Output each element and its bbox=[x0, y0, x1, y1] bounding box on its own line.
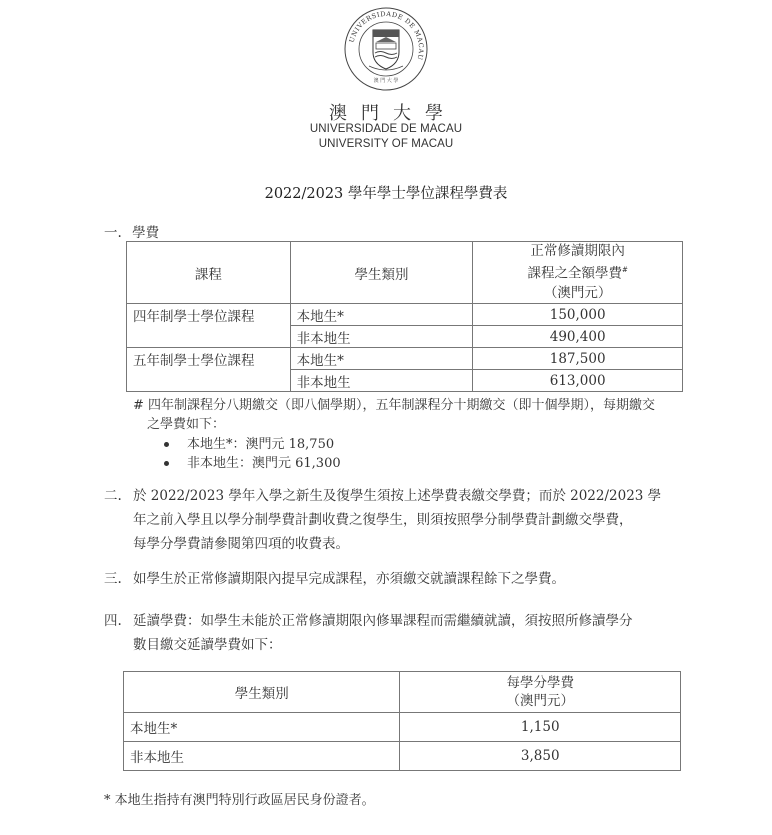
document-title: 2022/2023 學年學士學位課程學費表 bbox=[0, 182, 772, 203]
header-full-fee: 正常修讀期限內 課程之全額學費# （澳門元） bbox=[473, 242, 683, 304]
tuition-fee-table: 課程 學生類別 正常修讀期限內 課程之全額學費# （澳門元） 四年制學士學位課程… bbox=[126, 241, 683, 392]
list-item: 非本地生：澳門元 61,300 bbox=[164, 452, 341, 471]
fee-cell: 613,000 bbox=[473, 370, 683, 392]
university-name-chinese: 澳門大學 bbox=[300, 99, 472, 125]
student-type-cell: 本地生* bbox=[124, 713, 400, 742]
university-crest-icon: UNIVERSIDADE DE MACAU 澳 門 大 學 bbox=[343, 6, 429, 92]
fee-cell: 1,150 bbox=[400, 713, 681, 742]
fee-cell: 490,400 bbox=[473, 326, 683, 348]
section-1-heading: 一. 學費 bbox=[104, 221, 159, 241]
student-type-cell: 非本地生 bbox=[124, 742, 400, 771]
table-row: 五年制學士學位課程 本地生* 187,500 bbox=[127, 348, 683, 370]
university-name-english: UNIVERSITY OF MACAU bbox=[250, 138, 522, 150]
extension-fee-table: 學生類別 每學分學費 （澳門元） 本地生* 1,150 非本地生 3,850 bbox=[123, 671, 681, 771]
table-header-row: 課程 學生類別 正常修讀期限內 課程之全額學費# （澳門元） bbox=[127, 242, 683, 304]
header-fee-per-credit: 每學分學費 （澳門元） bbox=[400, 672, 681, 713]
program-cell: 四年制學士學位課程 bbox=[127, 304, 291, 348]
section-label: 學費 bbox=[132, 225, 159, 241]
header-program: 課程 bbox=[127, 242, 291, 304]
footnote: * 本地生指持有澳門特別行政區居民身份證者。 bbox=[104, 791, 375, 810]
table-row: 非本地生 3,850 bbox=[124, 742, 681, 771]
bullet-icon bbox=[164, 461, 169, 466]
bullet-list: 本地生*：澳門元 18,750 非本地生：澳門元 61,300 bbox=[164, 433, 341, 471]
header-student-type: 學生類別 bbox=[124, 672, 400, 713]
section-number: 一. bbox=[104, 225, 122, 241]
fee-cell: 3,850 bbox=[400, 742, 681, 771]
student-type-cell: 本地生* bbox=[290, 304, 473, 326]
program-cell: 五年制學士學位課程 bbox=[127, 348, 291, 392]
university-name-portuguese: UNIVERSIDADE DE MACAU bbox=[250, 123, 522, 135]
table-header-row: 學生類別 每學分學費 （澳門元） bbox=[124, 672, 681, 713]
installment-note: # 四年制課程分八期繳交（即八個學期），五年制課程分十期繳交（即十個學期），每期… bbox=[133, 396, 655, 434]
fee-cell: 150,000 bbox=[473, 304, 683, 326]
student-type-cell: 非本地生 bbox=[290, 370, 473, 392]
table-row: 四年制學士學位課程 本地生* 150,000 bbox=[127, 304, 683, 326]
section-number: 四. bbox=[104, 610, 122, 632]
student-type-cell: 非本地生 bbox=[290, 326, 473, 348]
list-item: 本地生*：澳門元 18,750 bbox=[164, 433, 341, 452]
fee-cell: 187,500 bbox=[473, 348, 683, 370]
student-type-cell: 本地生* bbox=[290, 348, 473, 370]
section-number: 三. bbox=[104, 568, 122, 590]
bullet-icon bbox=[164, 442, 169, 447]
svg-text:澳 門 大 學: 澳 門 大 學 bbox=[374, 77, 399, 84]
section-number: 二. bbox=[104, 485, 122, 507]
table-row: 本地生* 1,150 bbox=[124, 713, 681, 742]
header-student-type: 學生類別 bbox=[290, 242, 473, 304]
